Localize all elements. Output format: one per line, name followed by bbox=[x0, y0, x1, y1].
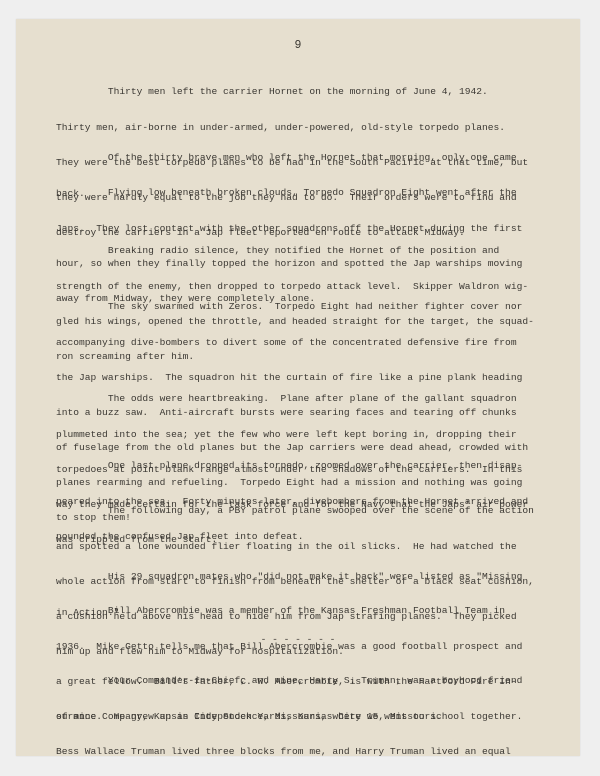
text-line: Your Commander-in-Chief, and mine, Harry… bbox=[56, 675, 576, 687]
section-separator: - - - - - - - bbox=[16, 634, 580, 645]
text-line: Bill Abercrombie was a member of the Kan… bbox=[56, 605, 576, 617]
text-line: Of the thirty brave men who left the Hor… bbox=[56, 152, 576, 164]
text-line: of mine. He grew up in Independence, Mis… bbox=[56, 711, 576, 723]
text-line: Flying low beneath broken clouds, Torped… bbox=[56, 187, 576, 199]
page-number: 9 bbox=[16, 39, 580, 52]
text-line: The odds were heartbreaking. Plane after… bbox=[56, 393, 576, 405]
text-line: The following day, a PBY patrol plane sw… bbox=[56, 505, 576, 517]
text-line: Bess Wallace Truman lived three blocks f… bbox=[56, 746, 576, 758]
text-line: One last plane dropped its torpedo, zoom… bbox=[56, 460, 576, 472]
document-page: 9 Thirty men left the carrier Hornet on … bbox=[16, 19, 580, 756]
text-line: accompanying dive-bombers to divert some… bbox=[56, 337, 576, 349]
text-line: Thirty men left the carrier Hornet on th… bbox=[56, 86, 576, 98]
paragraph-11: Your Commander-in-Chief, and mine, Harry… bbox=[56, 652, 576, 776]
text-line: Breaking radio silence, they notified th… bbox=[56, 245, 576, 257]
text-line: The sky swarmed with Zeros. Torpedo Eigh… bbox=[56, 301, 576, 313]
